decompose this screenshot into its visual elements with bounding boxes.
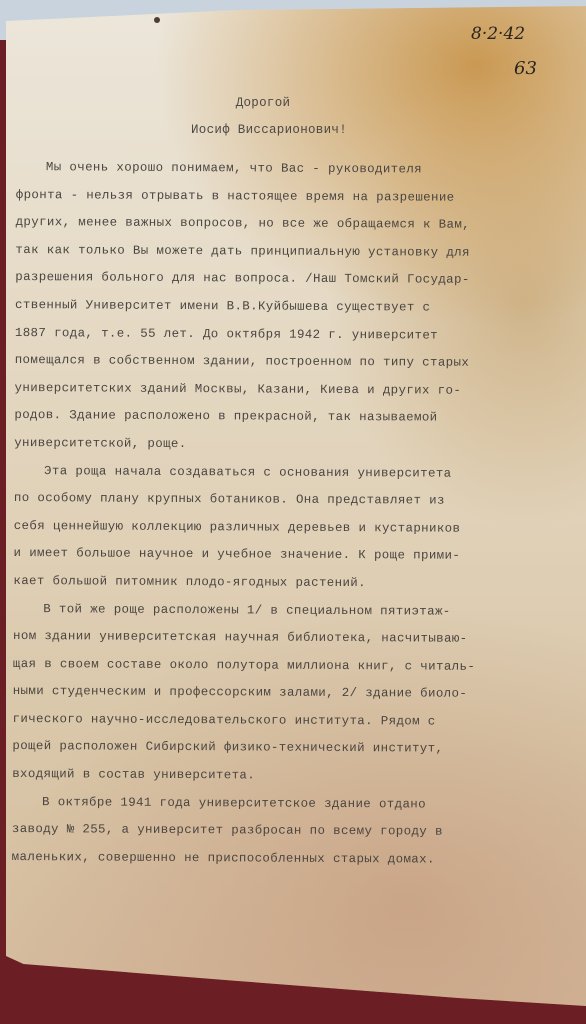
text-line: себя ценнейшую коллекцию различных дерев… [14,513,584,544]
document-page: 8·2·42 63 Дорогой Иосиф Виссарионович! М… [6,6,586,1006]
text-line: университетской, роще. [14,430,584,461]
text-line: и имеет большое научное и учебное значен… [13,540,583,571]
text-line: ном здании университетская научная библи… [13,623,583,654]
salutation-line-1: Дорогой [0,96,556,110]
ink-blot [154,17,160,23]
text-line: других, менее важных вопросов, но все же… [15,209,585,240]
handwritten-date: 8·2·42 [471,24,525,44]
text-line: родов. Здание расположено в прекрасной, … [14,402,584,433]
text-line: фронта - нельзя отрывать в настоящее вре… [16,182,586,213]
salutation-line-2: Иосиф Виссарионович! [0,123,562,137]
handwritten-page-number: 63 [514,58,537,79]
text-line: кает большой питомник плодо-ягодных раст… [13,568,583,599]
text-line: маленьких, совершенно не приспособленных… [12,844,582,875]
text-line: университетских зданий Москвы, Казани, К… [14,375,584,406]
text-line: гического научно-исследовательского инст… [12,706,582,737]
text-line: ственный Университет имени В.В.Куйбышева… [15,292,585,323]
text-line: ными студенческим и профессорским залами… [13,678,583,709]
letter-body: Мы очень хорошо понимаем, что Вас - руко… [12,154,586,875]
text-line: разрешения больного для нас вопроса. /На… [15,264,585,295]
text-line: Эта роща начала создаваться с основания … [14,458,584,489]
text-line: заводу № 255, а университет разбросан по… [12,816,582,847]
text-line: входящий в состав университета. [12,761,582,792]
text-line: рощей расположен Сибирский физико-технич… [12,733,582,764]
text-line: помещался в собственном здании, построен… [15,347,585,378]
text-line: В той же роще расположены 1/ в специальн… [13,595,583,626]
text-line: по особому плану крупных ботаников. Она … [14,485,584,516]
text-line: так как только Вы можете дать принципиал… [15,237,585,268]
text-line: Мы очень хорошо понимаем, что Вас - руко… [16,154,586,185]
text-line: В октябре 1941 года университетское здан… [12,789,582,820]
text-line: 1887 года, т.е. 55 лет. До октября 1942 … [15,320,585,351]
text-line: щая в своем составе около полутора милли… [13,651,583,682]
